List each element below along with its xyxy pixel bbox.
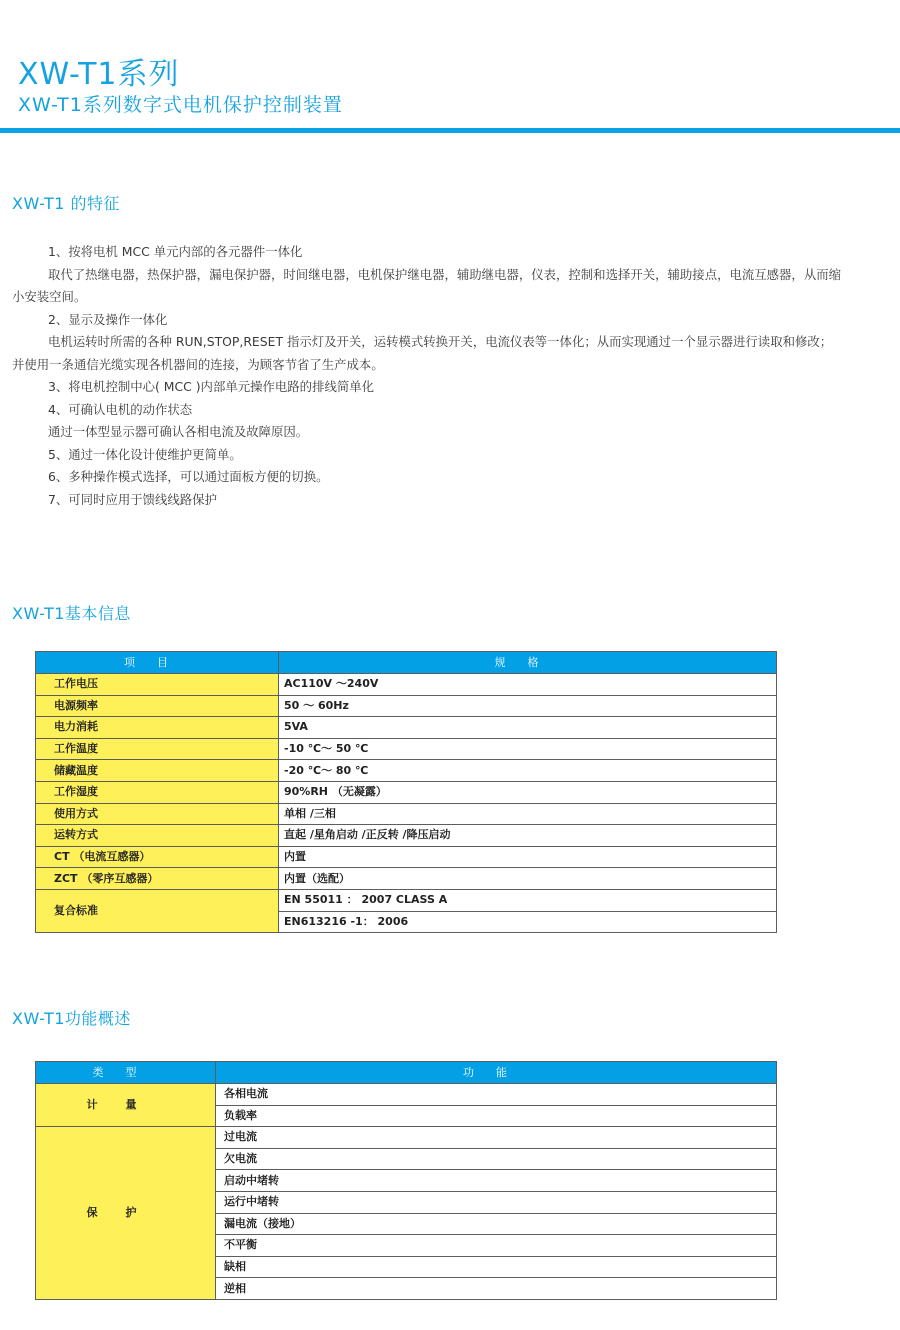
page-title: XW-T1系列: [18, 58, 179, 92]
row-label: ZCT （零序互感器）: [36, 868, 279, 890]
row-value: -10 ℃～ 50 ℃: [279, 738, 777, 760]
row-label: 电力消耗: [36, 717, 279, 739]
table-row: 工作温度-10 ℃～ 50 ℃: [36, 738, 777, 760]
table-row: ZCT （零序互感器）内置（选配）: [36, 868, 777, 890]
feature-description: 通过一体型显示器可确认各相电流及故障原因。: [12, 421, 842, 444]
function-item: 过电流: [216, 1127, 777, 1149]
row-label: 运转方式: [36, 825, 279, 847]
row-value: EN613216 -1： 2006: [279, 911, 777, 933]
function-item: 缺相: [216, 1256, 777, 1278]
basic-info-table: 项目 规格 工作电压AC110V ～240V 电源频率50 ～ 60Hz 电力消…: [35, 651, 777, 933]
group-label: 保护: [36, 1127, 216, 1300]
features-list: 1、按将电机 MCC 单元内部的各元器件一体化 取代了热继电器，热保护器，漏电保…: [12, 241, 842, 511]
table-row: 使用方式单相 /三相: [36, 803, 777, 825]
feature-item: 6、多种操作模式选择，可以通过面板方便的切换。: [12, 466, 842, 489]
functions-table: 类型 功能 计量各相电流 负载率 保护过电流 欠电流 启动中堵转 运行中堵转 漏…: [35, 1061, 777, 1300]
function-item: 启动中堵转: [216, 1170, 777, 1192]
row-value: 单相 /三相: [279, 803, 777, 825]
feature-item: 1、按将电机 MCC 单元内部的各元器件一体化: [12, 241, 842, 264]
function-item: 漏电流（接地）: [216, 1213, 777, 1235]
title-divider: [0, 128, 900, 133]
table-row: 工作电压AC110V ～240V: [36, 674, 777, 696]
row-label: 电源频率: [36, 695, 279, 717]
table-row: CT （电流互感器）内置: [36, 846, 777, 868]
row-value: 50 ～ 60Hz: [279, 695, 777, 717]
function-item: 逆相: [216, 1278, 777, 1300]
feature-item: 2、显示及操作一体化: [12, 309, 842, 332]
column-header-function: 功能: [216, 1062, 777, 1084]
row-label: 工作电压: [36, 674, 279, 696]
column-header-spec: 规格: [279, 652, 777, 674]
column-header-item: 项目: [36, 652, 279, 674]
row-value: 内置: [279, 846, 777, 868]
table-row: 计量各相电流: [36, 1084, 777, 1106]
function-item: 负载率: [216, 1105, 777, 1127]
row-value: 90%RH （无凝露）: [279, 781, 777, 803]
feature-description: 取代了热继电器，热保护器，漏电保护器，时间继电器，电机保护继电器，辅助继电器，仪…: [12, 264, 842, 309]
page-subtitle: XW-T1系列数字式电机保护控制装置: [18, 93, 343, 117]
table-row: 复合标准EN 55011 ： 2007 CLASS A: [36, 889, 777, 911]
table-row: 工作湿度90%RH （无凝露）: [36, 781, 777, 803]
feature-item: 5、通过一体化设计使维护更简单。: [12, 444, 842, 467]
basic-info-heading: XW-T1基本信息: [12, 604, 131, 624]
feature-item: 7、可同时应用于馈线线路保护: [12, 489, 842, 512]
row-value: 直起 /星角启动 /正反转 /降压启动: [279, 825, 777, 847]
row-value: -20 ℃～ 80 ℃: [279, 760, 777, 782]
row-label: 储藏温度: [36, 760, 279, 782]
features-heading: XW-T1 的特征: [12, 194, 120, 214]
feature-item: 4、可确认电机的动作状态: [12, 399, 842, 422]
table-row: 电源频率50 ～ 60Hz: [36, 695, 777, 717]
row-value: EN 55011 ： 2007 CLASS A: [279, 889, 777, 911]
feature-description: 电机运转时所需的各种 RUN,STOP,RESET 指示灯及开关，运转模式转换开…: [12, 331, 842, 376]
row-label: 复合标准: [36, 889, 279, 932]
function-item: 运行中堵转: [216, 1191, 777, 1213]
row-label: 工作温度: [36, 738, 279, 760]
row-value: 内置（选配）: [279, 868, 777, 890]
table-row: 保护过电流: [36, 1127, 777, 1149]
feature-item: 3、将电机控制中心( MCC )内部单元操作电路的排线简单化: [12, 376, 842, 399]
table-row: 运转方式直起 /星角启动 /正反转 /降压启动: [36, 825, 777, 847]
row-value: AC110V ～240V: [279, 674, 777, 696]
function-item: 欠电流: [216, 1148, 777, 1170]
function-item: 不平衡: [216, 1235, 777, 1257]
table-header-row: 项目 规格: [36, 652, 777, 674]
group-label: 计量: [36, 1084, 216, 1127]
table-row: 储藏温度-20 ℃～ 80 ℃: [36, 760, 777, 782]
functions-heading: XW-T1功能概述: [12, 1009, 131, 1029]
row-label: 使用方式: [36, 803, 279, 825]
row-value: 5VA: [279, 717, 777, 739]
row-label: CT （电流互感器）: [36, 846, 279, 868]
table-header-row: 类型 功能: [36, 1062, 777, 1084]
column-header-type: 类型: [36, 1062, 216, 1084]
table-row: 电力消耗5VA: [36, 717, 777, 739]
row-label: 工作湿度: [36, 781, 279, 803]
function-item: 各相电流: [216, 1084, 777, 1106]
